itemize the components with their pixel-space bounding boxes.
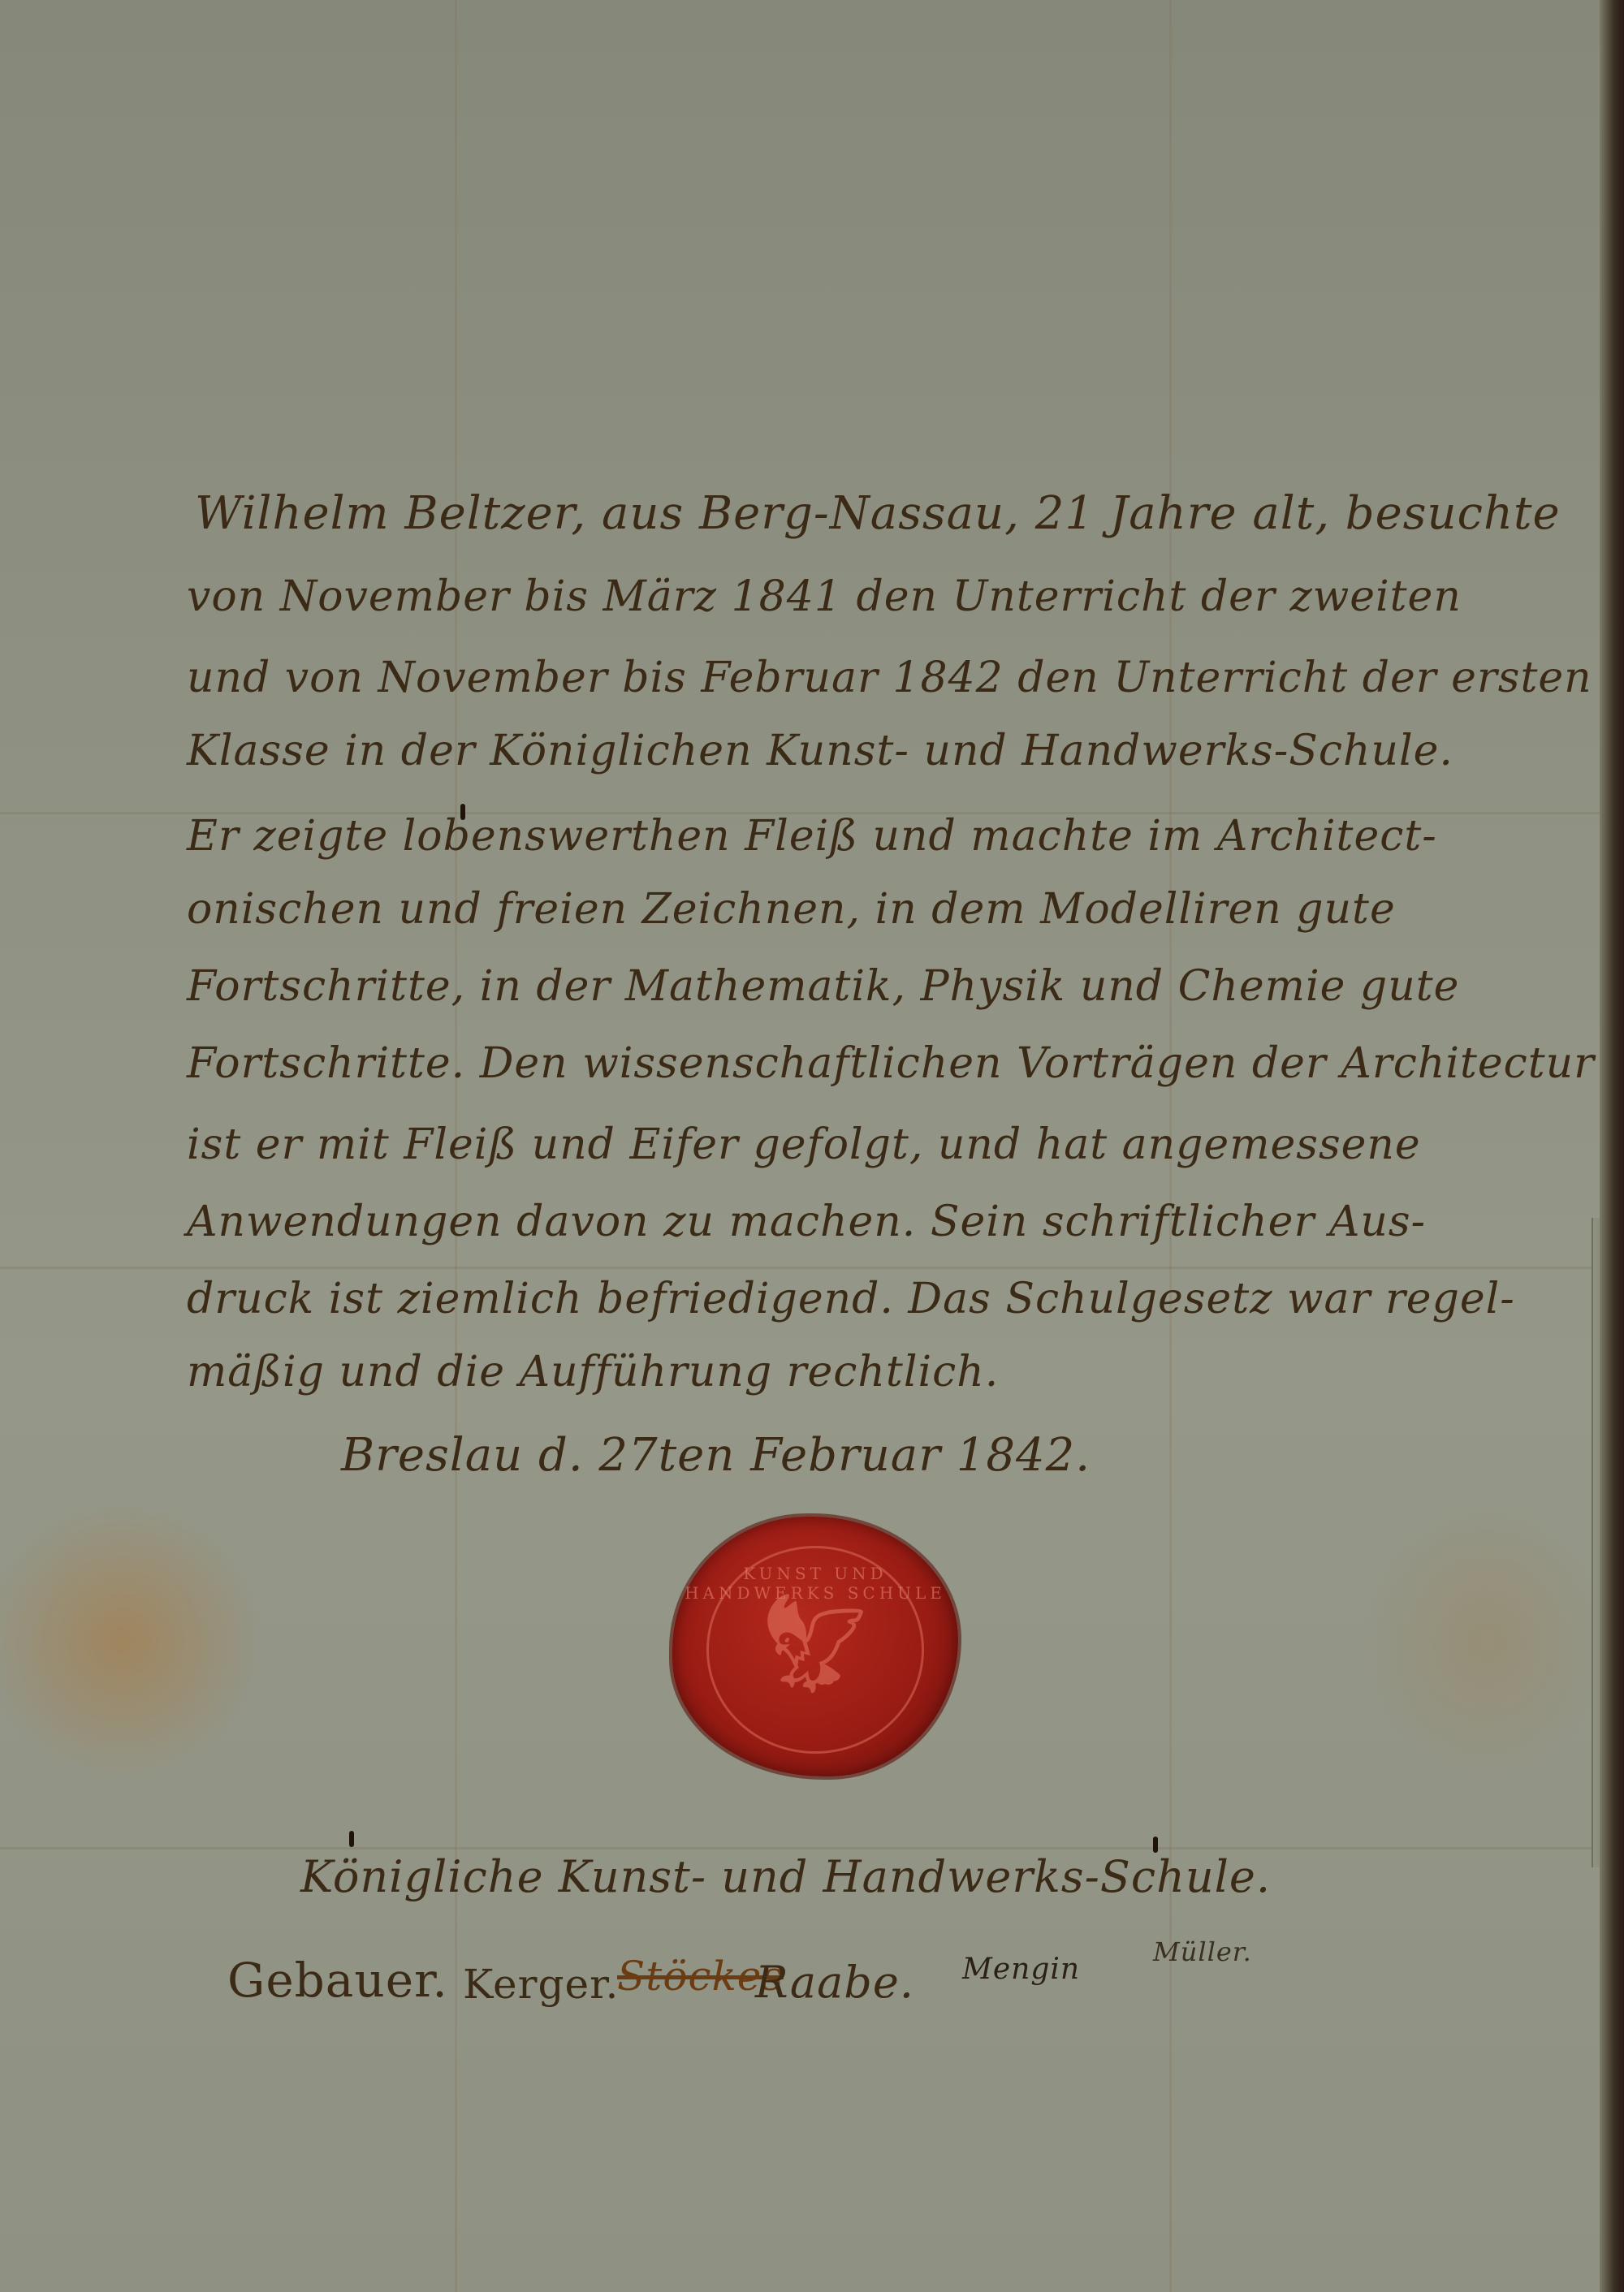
body-line: Fortschritte, in der Mathematik, Physik … <box>187 962 1459 1011</box>
signature-gebauer: Gebauer. <box>227 1953 448 2008</box>
body-line: Fortschritte. Den wissenschaftlichen Vor… <box>187 1039 1595 1088</box>
signature-mengin: Mengin <box>962 1953 1080 1986</box>
body-line: Wilhelm Beltzer, aus Berg-Nassau, 21 Jah… <box>195 487 1561 540</box>
wax-seal: KUNST UND HANDWERKS SCHULE 🦅︎ <box>672 1517 958 1776</box>
body-line: von November bis März 1841 den Unterrich… <box>187 572 1462 621</box>
body-line: druck ist ziemlich befriedigend. Das Sch… <box>187 1275 1515 1323</box>
fold-line <box>0 1847 1600 1850</box>
signature-mueller: Müller. <box>1153 1936 1252 1967</box>
date-line: Breslau d. 27ten Februar 1842. <box>341 1429 1091 1482</box>
pin-hole <box>349 1831 354 1847</box>
page-edge-shadow <box>1600 0 1624 2292</box>
signature-kerger: Kerger. <box>463 1961 619 2008</box>
body-line: onischen und freien Zeichnen, in dem Mod… <box>187 885 1396 934</box>
eagle-emblem-icon: 🦅︎ <box>754 1596 877 1694</box>
body-line: ist er mit Fleiß und Eifer gefolgt, und … <box>187 1120 1421 1169</box>
fold-line <box>0 1267 1600 1269</box>
pin-hole <box>1153 1837 1158 1853</box>
body-line: mäßig und die Aufführung rechtlich. <box>187 1348 999 1396</box>
body-line: Anwendungen davon zu machen. Sein schrif… <box>187 1198 1426 1246</box>
body-line: Er zeigte lobenswerthen Fleiß und machte… <box>187 812 1437 861</box>
signature-raabe: Raabe. <box>755 1957 914 2008</box>
body-line: Klasse in der Königlichen Kunst- und Han… <box>187 727 1453 775</box>
institution-line: Königliche Kunst- und Handwerks-Schule. <box>300 1851 1271 1902</box>
body-line: und von November bis Februar 1842 den Un… <box>187 654 1592 702</box>
